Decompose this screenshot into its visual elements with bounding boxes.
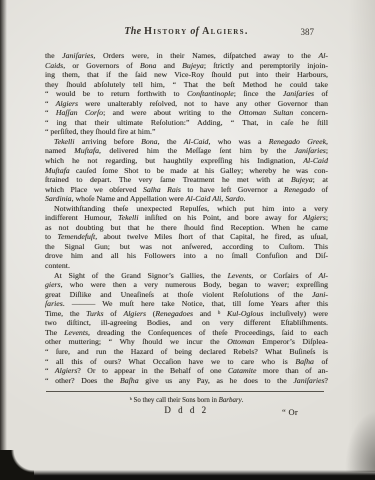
text-line: ſtrained to depart. The very ſame Treatm… [45,175,328,185]
body-lines: the Janiſaries, Orders were, in their Na… [45,51,328,385]
text-line: “ other? Does the Baſha give us any Pay,… [45,376,328,386]
text-line: Tekelli arriving before Bona, the Al-Cai… [45,137,328,147]
scan-corner-bottom-left [0,450,34,480]
text-line: they ſhould abſolutely tell him, “ That … [45,80,328,90]
text-line: Time, the Turks of Algiers (Renegadoes a… [45,309,328,319]
text-line: ing them, that if the ſaid new Vice-Roy … [45,70,328,80]
title-word-the: The [124,26,141,37]
scan-edge-bottom [0,470,375,480]
text-line: “ ſure, and run the Hazard of being decl… [45,347,328,357]
text-line: “ Algiers were unalterably reſolved, not… [45,99,328,109]
page-title: The History of Algiers. [45,26,328,37]
text-line: giers, who were then a very numerous Bod… [45,280,328,290]
text-line: which he not regarding, but haughtily ex… [45,156,328,166]
scanned-book-page: The History of Algiers. 387 the Janiſari… [0,0,375,480]
catchword: “ Or [282,407,298,417]
text-line: great Diſlike and Uneaſineſs at thoſe vi… [45,290,328,300]
text-line: other muttering; “ Why ſhould we incur t… [45,337,328,347]
text-line: Caids, or Governors of Bona and Bujeya; … [45,61,328,71]
text-line: Muſtafa cauſed ſome Shot to be made at h… [45,166,328,176]
title-word-algiers: Algiers. [202,26,249,37]
text-line: “ all this of ours? What Occaſion have w… [45,357,328,367]
text-line: The Levents, dreading the Conſequences o… [45,328,328,338]
text-line: as not doubting but that he there ſhould… [45,223,328,233]
text-line: content. [45,261,328,271]
text-line: “ ing that their ultimate Reſolution:” A… [45,118,328,128]
text-line: drove him and all his Followers into a n… [45,251,328,261]
title-word-history: History [144,26,187,37]
text-line: Notwithſtanding theſe unexpected Repulſe… [45,204,328,214]
text-line: the Signal Gun; but was not anſwered, ac… [45,242,328,252]
running-header: The History of Algiers. 387 [45,26,328,41]
page-footer: D d d 2 “ Or [45,405,328,419]
page-number: 387 [301,27,315,37]
text-line: indifferent Humour, Tekelli inſiſted on … [45,213,328,223]
footnote-text: ᵇ So they call their Sons born in Barbar… [45,397,328,404]
text-line: the Janiſaries, Orders were, in their Na… [45,51,328,61]
title-word-of: of [190,26,199,37]
text-line: “ Haſſan Corſo; and were about writing t… [45,108,328,118]
text-line: “ Algiers? Or to appear in the Behalf of… [45,366,328,376]
text-line: “ perſiſted, they ſhould fire at him.” [45,127,328,137]
footnote-rule [46,391,324,392]
text-line: which Place we obſerved Salha Rais to ha… [45,185,328,195]
text-line: Sardinia, whoſe Name and Appellation wer… [45,194,328,204]
scan-smudge-bottom-right [345,410,375,472]
scan-edge-left [0,0,7,480]
text-line: ſaries. ——— We muſt here take Notice, th… [45,299,328,309]
text-line: to Temendefuſt, about twelve Miles ſhort… [45,232,328,242]
text-line: At Sight of the Grand Signor’s Gallies, … [45,271,328,281]
text-line: named Muſtafa, delivered him the Meſſage… [45,146,328,156]
text-line: “ would be to return forthwith to Conſta… [45,89,328,99]
text-line: two diſtinct, ill-agreeing Bodies, and o… [45,318,328,328]
